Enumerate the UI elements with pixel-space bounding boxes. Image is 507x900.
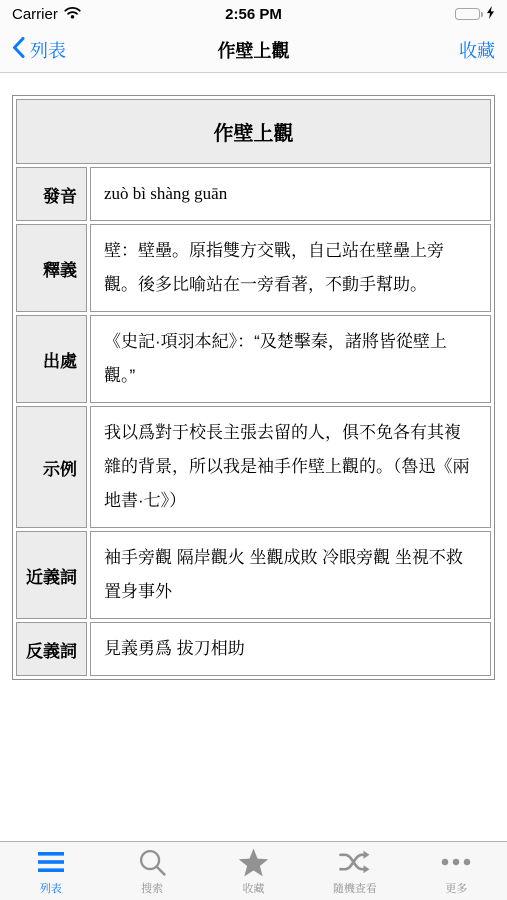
tab-more[interactable]: 更多 — [406, 842, 507, 900]
tab-bar: 列表 搜索 收藏 — [0, 841, 507, 900]
tab-search[interactable]: 搜索 — [101, 842, 202, 900]
chevron-left-icon — [12, 37, 25, 63]
wifi-icon — [64, 6, 81, 23]
search-icon — [139, 848, 166, 876]
tab-more-label: 更多 — [445, 880, 467, 896]
tab-favorites-label: 收藏 — [243, 880, 265, 896]
table-row: 反義詞 見義勇爲 拔刀相助 — [16, 622, 491, 676]
row-label-example: 示例 — [16, 406, 87, 528]
tab-list-label: 列表 — [40, 880, 62, 896]
row-value-antonyms: 見義勇爲 拔刀相助 — [90, 622, 491, 676]
back-button-label: 列表 — [30, 37, 66, 63]
tab-random[interactable]: 隨機查看 — [304, 842, 405, 900]
tab-list[interactable]: 列表 — [0, 842, 101, 900]
row-value-source: 《史記·項羽本紀》：“及楚擊秦，諸將皆從壁上觀。” — [90, 315, 491, 403]
idiom-title: 作壁上觀 — [16, 99, 491, 164]
table-row: 釋義 壁：壁壘。原指雙方交戰，自己站在壁壘上旁觀。後多比喻站在一旁看著，不動手幫… — [16, 224, 491, 312]
star-icon — [238, 848, 269, 876]
page-title: 作壁上觀 — [0, 37, 507, 63]
idiom-table: 作壁上觀 發音 zuò bì shàng guān 釋義 壁：壁壘。原指雙方交戰… — [12, 95, 495, 680]
back-button[interactable]: 列表 — [12, 37, 66, 63]
list-icon — [37, 848, 65, 876]
favorite-button[interactable]: 收藏 — [459, 37, 495, 63]
row-label-synonyms: 近義詞 — [16, 531, 87, 619]
row-label-pronunciation: 發音 — [16, 167, 87, 221]
table-header-row: 作壁上觀 — [16, 99, 491, 164]
row-value-definition: 壁：壁壘。原指雙方交戰，自己站在壁壘上旁觀。後多比喻站在一旁看著，不動手幫助。 — [90, 224, 491, 312]
row-value-pronunciation: zuò bì shàng guān — [90, 167, 491, 221]
table-row: 示例 我以爲對于校長主張去留的人，俱不免各有其複雜的背景，所以我是袖手作壁上觀的… — [16, 406, 491, 528]
app-window: Carrier 2:56 PM 作壁上觀 — [0, 0, 507, 900]
row-label-definition: 釋義 — [16, 224, 87, 312]
row-value-example: 我以爲對于校長主張去留的人，俱不免各有其複雜的背景，所以我是袖手作壁上觀的。（魯… — [90, 406, 491, 528]
tab-random-label: 隨機查看 — [333, 880, 377, 896]
shuffle-icon — [339, 848, 370, 876]
more-icon — [440, 848, 472, 876]
battery-icon — [455, 8, 483, 20]
carrier-label: Carrier — [12, 6, 58, 23]
row-label-antonyms: 反義詞 — [16, 622, 87, 676]
table-row: 發音 zuò bì shàng guān — [16, 167, 491, 221]
navigation-bar: 作壁上觀 列表 收藏 — [0, 28, 507, 73]
row-value-synonyms: 袖手旁觀 隔岸觀火 坐觀成敗 冷眼旁觀 坐視不救 置身事外 — [90, 531, 491, 619]
row-label-source: 出處 — [16, 315, 87, 403]
status-bar: Carrier 2:56 PM — [0, 0, 507, 28]
table-row: 近義詞 袖手旁觀 隔岸觀火 坐觀成敗 冷眼旁觀 坐視不救 置身事外 — [16, 531, 491, 619]
entry-detail-page: 作壁上觀 發音 zuò bì shàng guān 釋義 壁：壁壘。原指雙方交戰… — [0, 73, 507, 841]
table-row: 出處 《史記·項羽本紀》：“及楚擊秦，諸將皆從壁上觀。” — [16, 315, 491, 403]
charging-bolt-icon — [486, 6, 495, 23]
tab-search-label: 搜索 — [141, 880, 163, 896]
tab-favorites[interactable]: 收藏 — [203, 842, 304, 900]
